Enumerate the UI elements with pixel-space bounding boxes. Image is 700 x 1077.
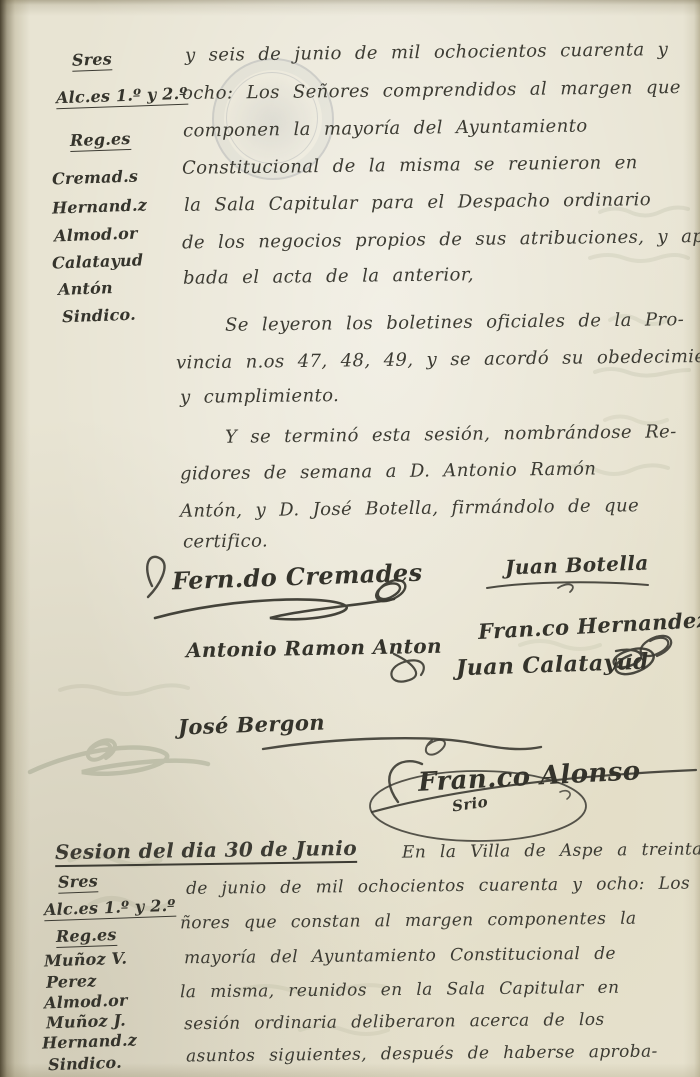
margin-note: Alc.es 1.º y 2.º — [44, 896, 176, 922]
signature-calatayud: Juan Calatayud — [456, 649, 650, 682]
margin-note: Muñoz V. — [44, 949, 128, 971]
body-line: y seis de junio de mil ochocientos cuare… — [185, 39, 668, 66]
body-line: y cumplimiento. — [180, 385, 339, 408]
margin-note: Sindico. — [48, 1053, 122, 1075]
body-line: bada el acta de la anterior, — [183, 264, 474, 289]
signature-bergon: José Bergon — [178, 709, 326, 739]
body-line: ñores que constan al margen componentes … — [180, 909, 637, 934]
margin-note: Alc.es 1.º y 2.º — [56, 84, 188, 110]
body-line: la Sala Capitular para el Despacho ordin… — [184, 189, 651, 216]
signature-alonso-title: Srio — [451, 793, 489, 816]
margin-note: Almod.or — [54, 224, 138, 246]
body-line: de junio de mil ochocientos cuarenta y o… — [186, 873, 700, 899]
signature-hernandez: Fran.co Hernandez — [478, 607, 700, 644]
body-line: de los negocios propios de sus atribucio… — [182, 226, 700, 254]
manuscript-page: Sres Alc.es 1.º y 2.º Reg.es Cremad.s He… — [0, 0, 700, 1077]
margin-note: Cremad.s — [52, 167, 139, 189]
margin-note: Sindico. — [62, 305, 136, 327]
signature-botella: Juan Botella — [505, 551, 649, 580]
margin-note: Reg.es — [70, 129, 131, 152]
margin-note: Hernand.z — [52, 195, 148, 217]
session-heading: Sesion del dia 30 de Junio — [55, 836, 357, 867]
margin-note: Almod.or — [44, 991, 128, 1013]
body-line: la misma, reunidos en la Sala Capitular … — [180, 978, 620, 1003]
body-line: gidores de semana a D. Antonio Ramón — [180, 458, 597, 484]
signature-anton: Antonio Ramon Anton — [186, 634, 442, 662]
body-line: Y se terminó esta sesión, nombrándose Re… — [225, 421, 677, 448]
margin-note: Hernand.z — [42, 1030, 138, 1052]
body-line: mayoría del Ayuntamiento Constitucional … — [184, 944, 616, 969]
body-line: certifico. — [183, 530, 268, 552]
margin-note: Sres — [58, 871, 99, 893]
body-line: Se leyeron los boletines oficiales de la… — [225, 309, 684, 336]
margin-note: Sres — [72, 49, 113, 71]
body-line: sesión ordinaria deliberaron acerca de l… — [184, 1010, 605, 1034]
body-line: Antón, y D. José Botella, firmándolo de … — [180, 495, 639, 522]
body-line: Constitucional de la misma se reunieron … — [182, 152, 638, 179]
body-line: vincia n.os 47, 48, 49, y se acordó su o… — [176, 346, 700, 374]
margin-note: Perez — [46, 971, 97, 992]
signature-alonso: Fran.co Alonso — [417, 756, 641, 798]
session-heading-continuation: En la Villa de Aspe a treinta — [402, 839, 700, 862]
signature-cremades: Fern.do Cremades — [172, 558, 423, 596]
margin-note: Calatayud — [52, 250, 144, 272]
body-line: componen la mayoría del Ayuntamiento — [183, 116, 588, 142]
body-line: asuntos siguientes, después de haberse a… — [186, 1042, 658, 1067]
margin-note: Reg.es — [56, 925, 117, 948]
margin-note: Muñoz J. — [46, 1011, 126, 1033]
margin-note: Antón — [58, 278, 113, 299]
